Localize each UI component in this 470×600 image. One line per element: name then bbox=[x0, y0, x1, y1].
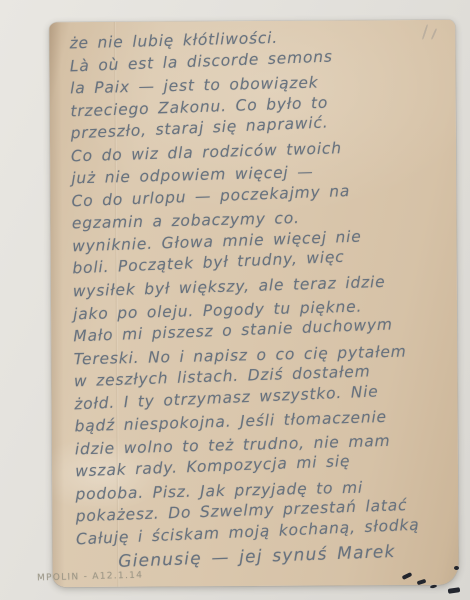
letter-paper: że nie lubię kłótliwości.Là où est la di… bbox=[49, 20, 458, 587]
ink-speck bbox=[448, 587, 461, 594]
letter-lines: że nie lubię kłótliwości.Là où est la di… bbox=[69, 30, 448, 576]
ink-speck bbox=[430, 584, 437, 588]
ink-speck bbox=[454, 566, 459, 570]
paper-left-edge-shadow bbox=[49, 22, 64, 587]
